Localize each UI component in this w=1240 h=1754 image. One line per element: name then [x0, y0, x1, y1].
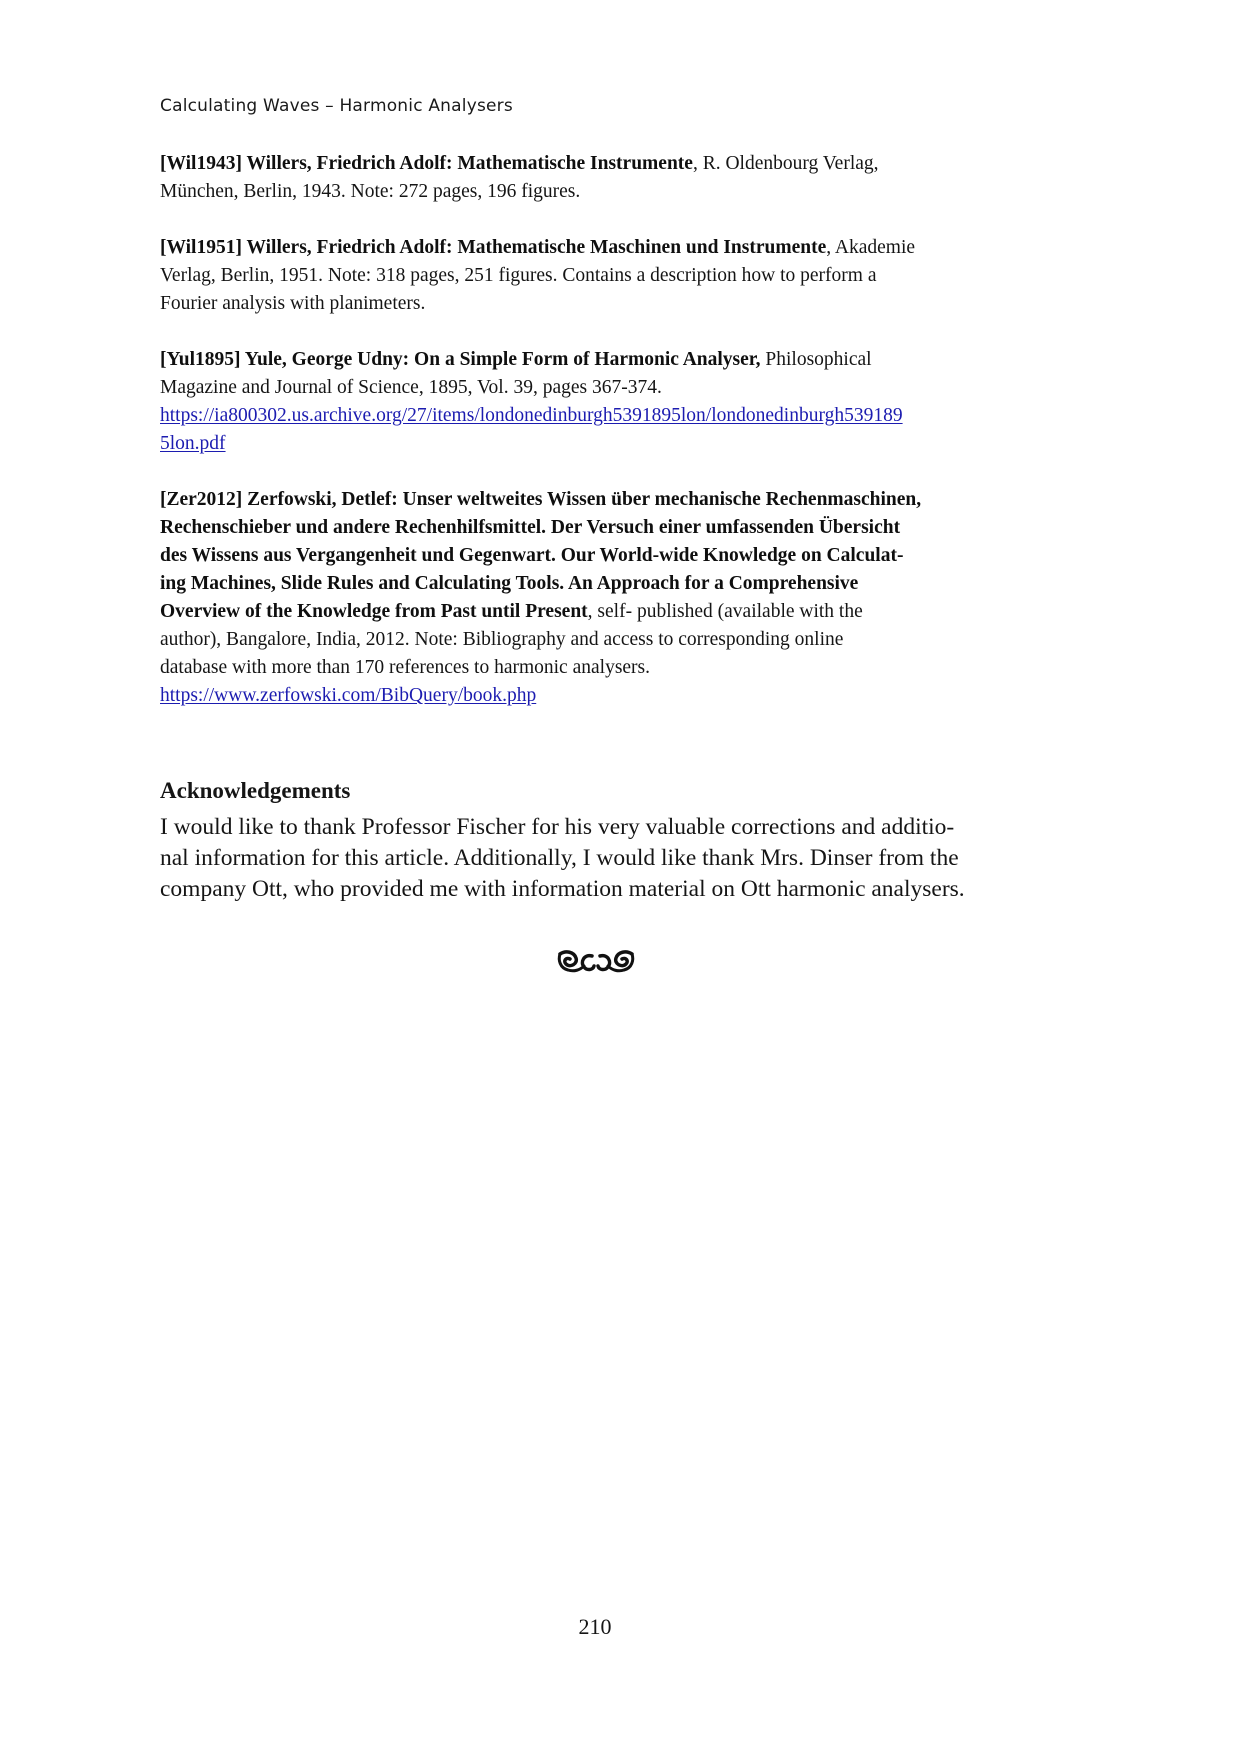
reference-title: ing Machines, Slide Rules and Calculatin…	[160, 573, 858, 594]
reference-line: ing Machines, Slide Rules and Calculatin…	[160, 570, 1050, 598]
acknowledgements-line: I would like to thank Professor Fischer …	[160, 812, 1060, 843]
running-header: Calculating Waves – Harmonic Analysers	[160, 96, 513, 116]
bibquery-link[interactable]: https://www.zerfowski.com/BibQuery/book.…	[160, 685, 536, 706]
reference-zer2012: [Zer2012] Zerfowski, Detlef: Unser weltw…	[160, 486, 1050, 710]
reference-title: [Yul1895] Yule, George Udny: On a Simple…	[160, 349, 761, 370]
reference-title: [Wil1943] Willers, Friedrich Adolf: Math…	[160, 153, 693, 174]
reference-line: 5lon.pdf	[160, 430, 1050, 458]
reference-details: , R. Oldenbourg Verlag,	[693, 153, 879, 174]
reference-line: https://ia800302.us.archive.org/27/items…	[160, 402, 1050, 430]
reference-title: Overview of the Knowledge from Past unti…	[160, 601, 588, 622]
reference-line: Overview of the Knowledge from Past unti…	[160, 598, 1050, 626]
reference-line: Magazine and Journal of Science, 1895, V…	[160, 374, 1050, 402]
reference-title: [Wil1951] Willers, Friedrich Adolf: Math…	[160, 237, 826, 258]
reference-line: Verlag, Berlin, 1951. Note: 318 pages, 2…	[160, 262, 1050, 290]
acknowledgements-body: I would like to thank Professor Fischer …	[160, 812, 1060, 905]
reference-line: [Zer2012] Zerfowski, Detlef: Unser weltw…	[160, 486, 1050, 514]
fleuron-ornament-icon	[556, 948, 636, 976]
reference-line: [Wil1951] Willers, Friedrich Adolf: Math…	[160, 234, 1050, 262]
archive-pdf-link-continued[interactable]: 5lon.pdf	[160, 433, 226, 454]
page-number: 210	[0, 1614, 1190, 1640]
reference-details: , self- published (available with the	[588, 601, 863, 622]
reference-title: [Zer2012] Zerfowski, Detlef: Unser weltw…	[160, 489, 921, 510]
reference-wil1943: [Wil1943] Willers, Friedrich Adolf: Math…	[160, 150, 1050, 206]
acknowledgements-section: Acknowledgements I would like to thank P…	[160, 776, 1060, 905]
bibliography-list: [Wil1943] Willers, Friedrich Adolf: Math…	[160, 150, 1050, 738]
reference-line: Rechenschieber und andere Rechenhilfsmit…	[160, 514, 1050, 542]
reference-line: München, Berlin, 1943. Note: 272 pages, …	[160, 178, 1050, 206]
reference-title: des Wissens aus Vergangenheit und Gegenw…	[160, 545, 903, 566]
acknowledgements-line: nal information for this article. Additi…	[160, 843, 1060, 874]
reference-line: https://www.zerfowski.com/BibQuery/book.…	[160, 682, 1050, 710]
reference-line: des Wissens aus Vergangenheit und Gegenw…	[160, 542, 1050, 570]
reference-wil1951: [Wil1951] Willers, Friedrich Adolf: Math…	[160, 234, 1050, 318]
reference-title: Rechenschieber und andere Rechenhilfsmit…	[160, 517, 900, 538]
reference-line: database with more than 170 references t…	[160, 654, 1050, 682]
archive-pdf-link[interactable]: https://ia800302.us.archive.org/27/items…	[160, 405, 903, 426]
reference-details: Philosophical	[761, 349, 872, 370]
reference-line: author), Bangalore, India, 2012. Note: B…	[160, 626, 1050, 654]
reference-yul1895: [Yul1895] Yule, George Udny: On a Simple…	[160, 346, 1050, 458]
reference-line: Fourier analysis with planimeters.	[160, 290, 1050, 318]
reference-line: [Yul1895] Yule, George Udny: On a Simple…	[160, 346, 1050, 374]
reference-details: , Akademie	[826, 237, 915, 258]
acknowledgements-line: company Ott, who provided me with inform…	[160, 874, 1060, 905]
acknowledgements-heading: Acknowledgements	[160, 776, 1060, 806]
reference-line: [Wil1943] Willers, Friedrich Adolf: Math…	[160, 150, 1050, 178]
